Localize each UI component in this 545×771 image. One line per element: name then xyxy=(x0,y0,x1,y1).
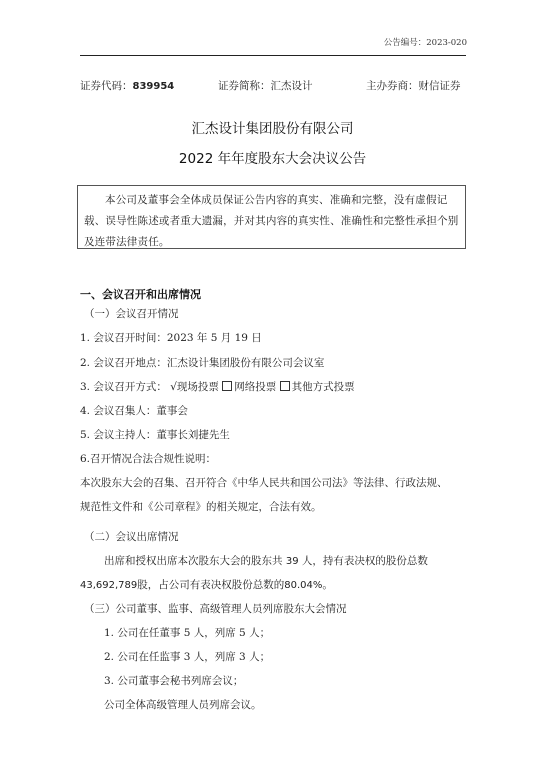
announcement-number: 公告编号：2023-020 xyxy=(384,36,467,48)
option-other-voting: 其他方式投票 xyxy=(280,381,355,393)
checkbox-icon xyxy=(280,381,290,391)
subsection-heading-2: （二）会议出席情况 xyxy=(84,529,179,544)
subsection-heading-1: （一）会议召开情况 xyxy=(84,306,179,321)
meeting-host: 5. 会议主持人：董事长刘捷先生 xyxy=(80,427,230,442)
meeting-time: 1. 会议召开时间：2023 年 5 月 19 日 xyxy=(80,330,262,345)
meeting-method: 3. 会议召开方式： √现场投票 网络投票 其他方式投票 xyxy=(80,379,355,394)
legality-text-2: 规范性文件和《公司章程》的相关规定，合法有效。 xyxy=(80,499,322,514)
supervisors-attendance: 2. 公司在任监事 3 人，列席 3 人； xyxy=(104,649,270,664)
notice-box: 本公司及董事会全体成员保证公告内容的真实、准确和完整，没有虚假记载、误导性陈述或… xyxy=(77,185,466,249)
meeting-method-label: 3. 会议召开方式： xyxy=(80,381,167,393)
shareholder-count: 39 xyxy=(286,556,299,567)
document-title: 2022 年年度股东大会决议公告 xyxy=(0,147,545,167)
legality-text-1: 本次股东大会的召集、召开符合《中华人民共和国公司法》等法律、行政法规、 xyxy=(80,475,448,490)
executives-attendance: 公司全体高级管理人员列席会议。 xyxy=(104,697,262,712)
checkbox-icon xyxy=(222,381,232,391)
notice-text: 本公司及董事会全体成员保证公告内容的真实、准确和完整，没有虚假记载、误导性陈述或… xyxy=(84,190,462,253)
attendance-line-2: 43,692,789股，占公司有表决权股份总数的80.04%。 xyxy=(80,577,333,592)
meeting-location: 2. 会议召开地点：汇杰设计集团股份有限公司会议室 xyxy=(80,355,324,370)
option-onsite-voting: √现场投票 xyxy=(170,381,219,393)
attendance-line-1: 出席和授权出席本次股东大会的股东共 39 人，持有表决权的股份总数 xyxy=(104,553,428,568)
subsection-heading-3: （三）公司董事、监事、高级管理人员列席股东大会情况 xyxy=(84,601,347,616)
secretary-attendance: 3. 公司董事会秘书列席会议； xyxy=(104,673,243,688)
directors-attendance: 1. 公司在任董事 5 人，列席 5 人； xyxy=(104,625,270,640)
legality-heading: 6.召开情况合法合规性说明： xyxy=(80,451,216,466)
securities-code-label: 证券代码： xyxy=(80,80,133,92)
securities-short-name: 证券简称：汇杰设计 xyxy=(218,78,313,93)
meeting-convener: 4. 会议召集人：董事会 xyxy=(80,403,188,418)
header-rule xyxy=(80,55,466,56)
section-heading: 一、会议召开和出席情况 xyxy=(80,286,201,302)
option-online-voting: 网络投票 xyxy=(222,381,276,393)
securities-code-value: 839954 xyxy=(133,81,175,92)
securities-code: 证券代码：839954 xyxy=(80,78,174,93)
company-title: 汇杰设计集团股份有限公司 xyxy=(0,117,545,137)
share-count: 43,692,789 xyxy=(80,580,137,591)
sponsor-broker: 主办券商：财信证券 xyxy=(366,78,461,93)
share-percent: 80.04% xyxy=(284,580,322,591)
